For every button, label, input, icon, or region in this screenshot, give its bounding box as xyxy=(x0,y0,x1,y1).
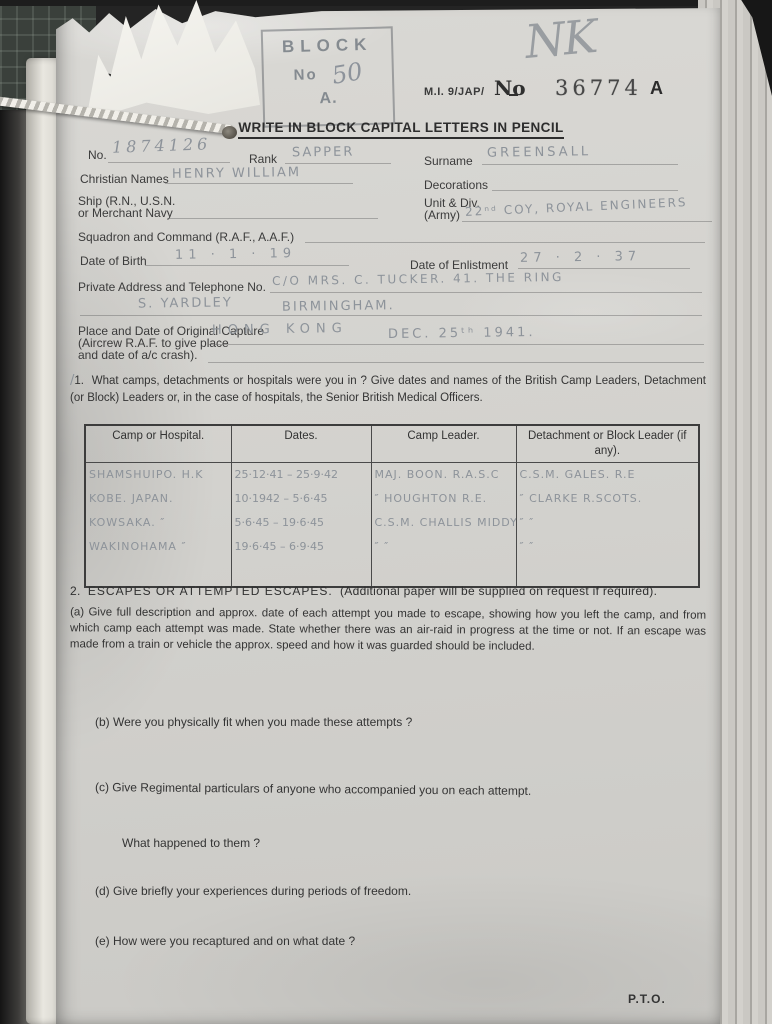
field-squadron-label: Squadron and Command (R.A.F., A.A.F.) xyxy=(78,230,294,244)
cell-leader: ″ HOUGHTON R.E. xyxy=(371,487,516,511)
pow-questionnaire-page: CONFIDENTIAL BLOCK No50 A. NK M.I. 9/JAP… xyxy=(56,6,720,1024)
question-1-text: What camps, detachments or hospitals wer… xyxy=(70,375,706,404)
field-address-line2 xyxy=(80,315,702,316)
cell-dates: 5·6·45 – 19·6·45 xyxy=(231,511,371,535)
no-underline xyxy=(509,94,518,96)
field-decorations-label: Decorations xyxy=(424,178,488,192)
field-surname-line xyxy=(482,164,678,165)
block-stamp-no-label: No xyxy=(293,66,317,84)
cell-detachment: C.S.M. GALES. R.E xyxy=(516,462,699,487)
cell-detachment: ″ ″ xyxy=(516,511,699,535)
field-dob-value: 11 · 1 · 19 xyxy=(175,246,296,263)
field-enlistment-value: 27 · 2 · 37 xyxy=(520,249,641,266)
field-unit-value: 22ⁿᵈ COY, ROYAL ENGINEERS xyxy=(465,195,688,219)
field-capture-date-value: DEC. 25ᵗʰ 1941. xyxy=(388,325,536,342)
dark-top-edge xyxy=(0,0,772,6)
block-stamp-word: BLOCK xyxy=(263,34,391,57)
field-address-value-line1: C/O MRS. C. TUCKER. 41. THE RING xyxy=(272,270,564,288)
camps-table-row: SHAMSHUIPO. H.K 25·12·41 – 25·9·42 MAJ. … xyxy=(85,462,699,487)
question-2c-text: (c) Give Regimental particulars of anyon… xyxy=(95,780,531,798)
field-enlistment-label: Date of Enlistment xyxy=(410,258,508,272)
field-address-line1 xyxy=(270,292,702,293)
cell-camp: SHAMSHUIPO. H.K xyxy=(85,462,231,487)
question-2-heading-note: (Additional paper will be supplied on re… xyxy=(340,584,657,598)
field-capture-place-value: HONG KONG xyxy=(212,321,348,338)
cell-empty xyxy=(85,559,231,587)
field-capture-line2 xyxy=(208,362,704,363)
scanned-document-photo: CONFIDENTIAL BLOCK No50 A. NK M.I. 9/JAP… xyxy=(0,0,772,1024)
field-christian-names-label: Christian Names xyxy=(80,172,169,186)
field-no-line xyxy=(108,162,230,163)
field-capture-line1 xyxy=(208,344,704,345)
field-unit-label-line2: (Army) xyxy=(424,208,460,222)
form-instruction-text: WRITE IN BLOCK CAPITAL LETTERS IN PENCIL xyxy=(238,120,563,139)
field-enlistment-line xyxy=(518,268,690,269)
field-address-label: Private Address and Telephone No. xyxy=(78,280,266,294)
cell-leader: C.S.M. CHALLIS MIDDY. xyxy=(371,511,516,535)
question-2d-text: (d) Give briefly your experiences during… xyxy=(95,884,411,898)
field-christian-names-line xyxy=(165,183,353,184)
serial-number-stamp: 36774 xyxy=(555,76,642,100)
field-rank-label: Rank xyxy=(249,152,277,166)
col-header-camp: Camp or Hospital. xyxy=(85,425,231,462)
cell-detachment: ″ CLARKE R.SCOTS. xyxy=(516,487,699,511)
field-christian-names-value: HENRY WILLIAM xyxy=(172,165,301,182)
camps-table-header-row: Camp or Hospital. Dates. Camp Leader. De… xyxy=(85,425,699,462)
serial-suffix-letter: A xyxy=(650,78,664,99)
question-1-number: 1. xyxy=(74,375,84,387)
cell-leader: ″ ″ xyxy=(371,535,516,559)
camps-table-row: WAKINOHAMA ″ 19·6·45 – 6·9·45 ″ ″ ″ ″ xyxy=(85,535,699,559)
field-ship-label-line2: or Merchant Navy xyxy=(78,206,173,220)
block-stamp-letter: A. xyxy=(264,88,392,109)
field-surname-value: GREENSALL xyxy=(487,144,591,160)
col-header-dates: Dates. xyxy=(231,425,371,462)
cell-empty xyxy=(231,559,371,587)
block-number-pencil-value: 50 xyxy=(330,57,365,90)
punched-hole xyxy=(222,126,237,139)
question-2-heading: 2. ESCAPES OR ATTEMPTED ESCAPES. (Additi… xyxy=(70,584,657,598)
form-instruction-title: WRITE IN BLOCK CAPITAL LETTERS IN PENCIL xyxy=(201,120,601,135)
camps-table-row: KOBE. JAPAN. 10·1942 – 5·6·45 ″ HOUGHTON… xyxy=(85,487,699,511)
block-stamp-no-line: No50 xyxy=(264,58,393,89)
field-no-value: 1874126 xyxy=(112,134,212,156)
field-squadron-line xyxy=(305,242,705,243)
camps-table-row: KOWSAKA. ″ 5·6·45 – 19·6·45 C.S.M. CHALL… xyxy=(85,511,699,535)
field-surname-label: Surname xyxy=(424,154,473,168)
camps-table-empty-row xyxy=(85,559,699,587)
question-2b-text: (b) Were you physically fit when you mad… xyxy=(95,715,412,729)
cell-dates: 10·1942 – 5·6·45 xyxy=(231,487,371,511)
field-ship-line xyxy=(170,218,378,219)
field-unit-line xyxy=(462,221,712,222)
col-header-leader: Camp Leader. xyxy=(371,425,516,462)
cell-dates: 19·6·45 – 6·9·45 xyxy=(231,535,371,559)
field-address-value-line2a: S. YARDLEY xyxy=(138,295,233,311)
question-2a-text: (a) Give full description and approx. da… xyxy=(70,604,706,656)
cell-empty xyxy=(371,559,516,587)
cell-camp: WAKINOHAMA ″ xyxy=(85,535,231,559)
field-dob-label: Date of Birth xyxy=(80,254,147,268)
field-dob-line xyxy=(145,265,349,266)
cell-empty xyxy=(516,559,699,587)
question-1: /1. What camps, detachments or hospitals… xyxy=(70,372,706,406)
question-2c-followup-text: What happened to them ? xyxy=(122,836,260,850)
cell-leader: MAJ. BOON. R.A.S.C xyxy=(371,462,516,487)
camps-table: Camp or Hospital. Dates. Camp Leader. De… xyxy=(84,424,700,588)
field-capture-label-line3: and date of a/c crash). xyxy=(78,348,197,362)
question-2e-text: (e) How were you recaptured and on what … xyxy=(95,934,355,948)
field-rank-line xyxy=(285,163,391,164)
field-no-label: No. xyxy=(88,148,107,162)
question-2-heading-text: ESCAPES OR ATTEMPTED ESCAPES. xyxy=(88,584,333,598)
cell-camp: KOBE. JAPAN. xyxy=(85,487,231,511)
field-address-value-line2b: BIRMINGHAM. xyxy=(282,298,395,315)
col-header-detachment: Detachment or Block Leader (if any). xyxy=(516,425,699,462)
cell-dates: 25·12·41 – 25·9·42 xyxy=(231,462,371,487)
cell-detachment: ″ ″ xyxy=(516,535,699,559)
mi9-reference-label: M.I. 9/JAP/ xyxy=(424,86,485,98)
serial-no-label: No xyxy=(494,76,526,100)
block-number-stamp: BLOCK No50 A. xyxy=(261,26,396,127)
cell-camp: KOWSAKA. ″ xyxy=(85,511,231,535)
field-decorations-line xyxy=(492,190,678,191)
pto-marker: P.T.O. xyxy=(628,992,666,1006)
field-rank-value: SAPPER xyxy=(292,145,355,161)
question-2-number: 2. xyxy=(70,584,81,598)
pencil-initials: NK xyxy=(523,9,598,69)
